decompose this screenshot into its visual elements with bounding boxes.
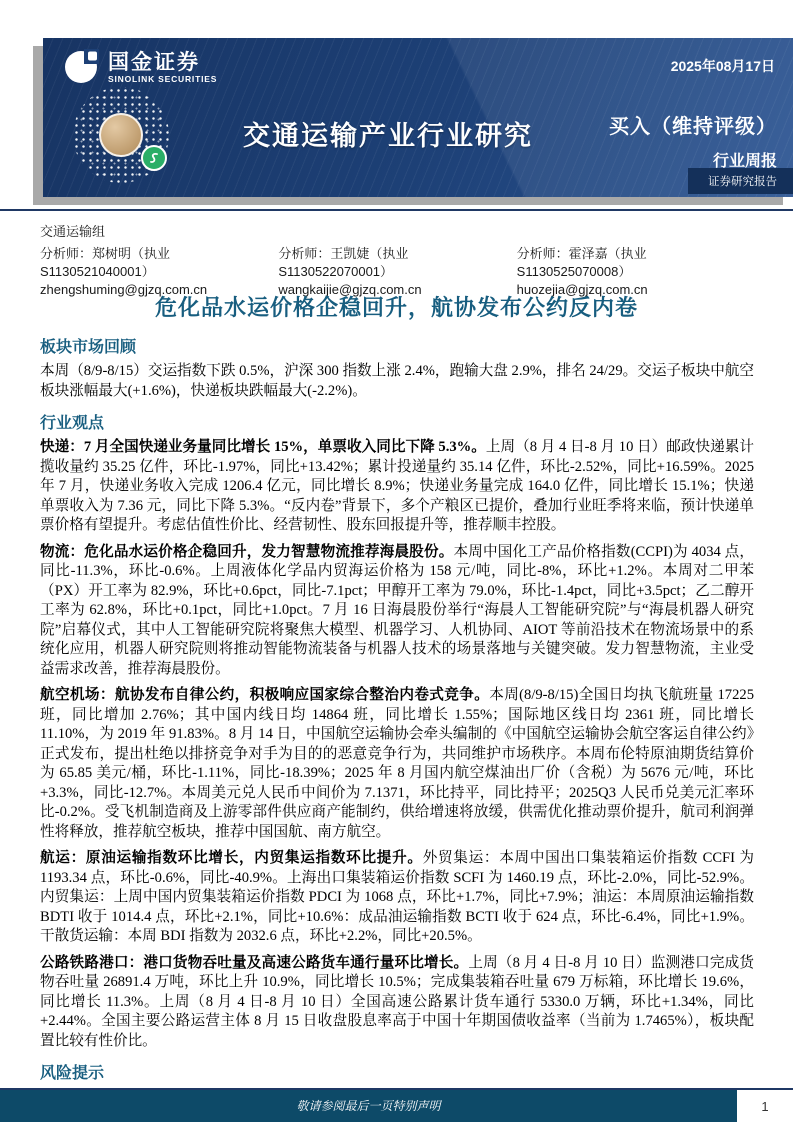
section-heading: 风险提示 (40, 1060, 754, 1083)
page-number-box: 1 (737, 1090, 793, 1122)
paragraph-text: 本周(8/9-8/15)全国日均执飞航班量 17225 班，同比增加 2.76%… (40, 687, 754, 840)
report-title: 交通运输产业行业研究 (243, 114, 533, 153)
analyst-name: 分析师：王凯婕（执业 S1130522070001） (278, 245, 516, 281)
paragraph-lead: 公路铁路港口：港口货物吞吐量及高速公路货车通行量环比增长。 (40, 955, 468, 971)
report-page: 国金证券 SINOLINK SECURITIES 2025年08月17日 交通运… (0, 0, 793, 1122)
paragraph-lead: 物流：危化品水运价格企稳回升，发力智慧物流推荐海晨股份。 (40, 544, 453, 560)
analyst-block: 交通运输组 分析师：郑树明（执业 S1130521040001） zhengsh… (40, 221, 755, 299)
report-tag-wrap: 证券研究报告 (688, 168, 793, 194)
rating-label: 买入（维持评级） (609, 110, 777, 139)
paragraph-lead: 航运：原油运输指数环比增长，内贸集运指数环比提升。 (40, 850, 423, 866)
qr-code (73, 87, 169, 183)
brand-logo: 国金证券 SINOLINK SECURITIES (63, 49, 217, 85)
analyst-name: 分析师：郑树明（执业 S1130521040001） (40, 245, 278, 281)
article-title: 危化品水运价格企稳回升，航协发布公约反内卷 (0, 291, 793, 322)
paragraph-logistics: 物流：危化品水运价格企稳回升，发力智慧物流推荐海晨股份。本周中国化工产品价格指数… (40, 543, 754, 680)
analyst-group-label: 交通运输组 (40, 221, 755, 240)
brand-name: 国金证券 (108, 51, 217, 74)
paragraph-express: 快递：7 月全国快递业务量同比增长 15%，单票收入同比下降 5.3%。上周（8… (40, 438, 754, 536)
paragraph-highway-rail-port: 公路铁路港口：港口货物吞吐量及高速公路货车通行量环比增长。上周（8 月 4 日-… (40, 954, 754, 1052)
paragraph: 本周（8/9-8/15）交运指数下跌 0.5%，沪深 300 指数上涨 2.4%… (40, 362, 754, 401)
header-divider-line (0, 209, 793, 211)
analyst-name: 分析师：霍泽嘉（执业 S1130525070008） (517, 245, 755, 281)
footer-disclaimer: 敬请参阅最后一页特别声明 (0, 1090, 737, 1122)
paragraph-shipping: 航运：原油运输指数环比增长，内贸集运指数环比提升。外贸集运：本周中国出口集装箱运… (40, 849, 754, 947)
paragraph-lead: 快递：7 月全国快递业务量同比增长 15%，单票收入同比下降 5.3%。 (40, 439, 486, 455)
report-category-tag: 证券研究报告 (688, 168, 793, 194)
section-heading: 行业观点 (40, 410, 754, 433)
sinolink-logo-icon (63, 49, 99, 85)
report-header-band: 国金证券 SINOLINK SECURITIES 2025年08月17日 交通运… (43, 38, 793, 197)
section-industry-view: 行业观点 快递：7 月全国快递业务量同比增长 15%，单票收入同比下降 5.3%… (40, 410, 754, 1051)
page-number: 1 (761, 1099, 768, 1114)
report-body: 板块市场回顾 本周（8/9-8/15）交运指数下跌 0.5%，沪深 300 指数… (40, 334, 754, 1115)
paragraph-aviation: 航空机场：航协发布自律公约，积极响应国家综合整治内卷式竞争。本周(8/9-8/1… (40, 686, 754, 842)
page-footer: 敬请参阅最后一页特别声明 1 (0, 1088, 793, 1122)
wechat-channel-icon (141, 145, 167, 171)
brand-subtitle: SINOLINK SECURITIES (108, 74, 217, 84)
paragraph-lead: 航空机场：航协发布自律公约，积极响应国家综合整治内卷式竞争。 (40, 687, 489, 703)
section-market-review: 板块市场回顾 本周（8/9-8/15）交运指数下跌 0.5%，沪深 300 指数… (40, 334, 754, 401)
section-heading: 板块市场回顾 (40, 334, 754, 357)
paragraph-text: 本周中国化工产品价格指数(CCPI)为 4034 点，同比-11.3%，环比-0… (40, 544, 754, 677)
brand-text: 国金证券 SINOLINK SECURITIES (108, 51, 217, 84)
report-date: 2025年08月17日 (671, 56, 775, 76)
rating-column: 买入（维持评级） 行业周报 (609, 110, 777, 171)
paragraph-text: 本周（8/9-8/15）交运指数下跌 0.5%，沪深 300 指数上涨 2.4%… (40, 363, 754, 399)
qr-center-seal (99, 113, 143, 157)
